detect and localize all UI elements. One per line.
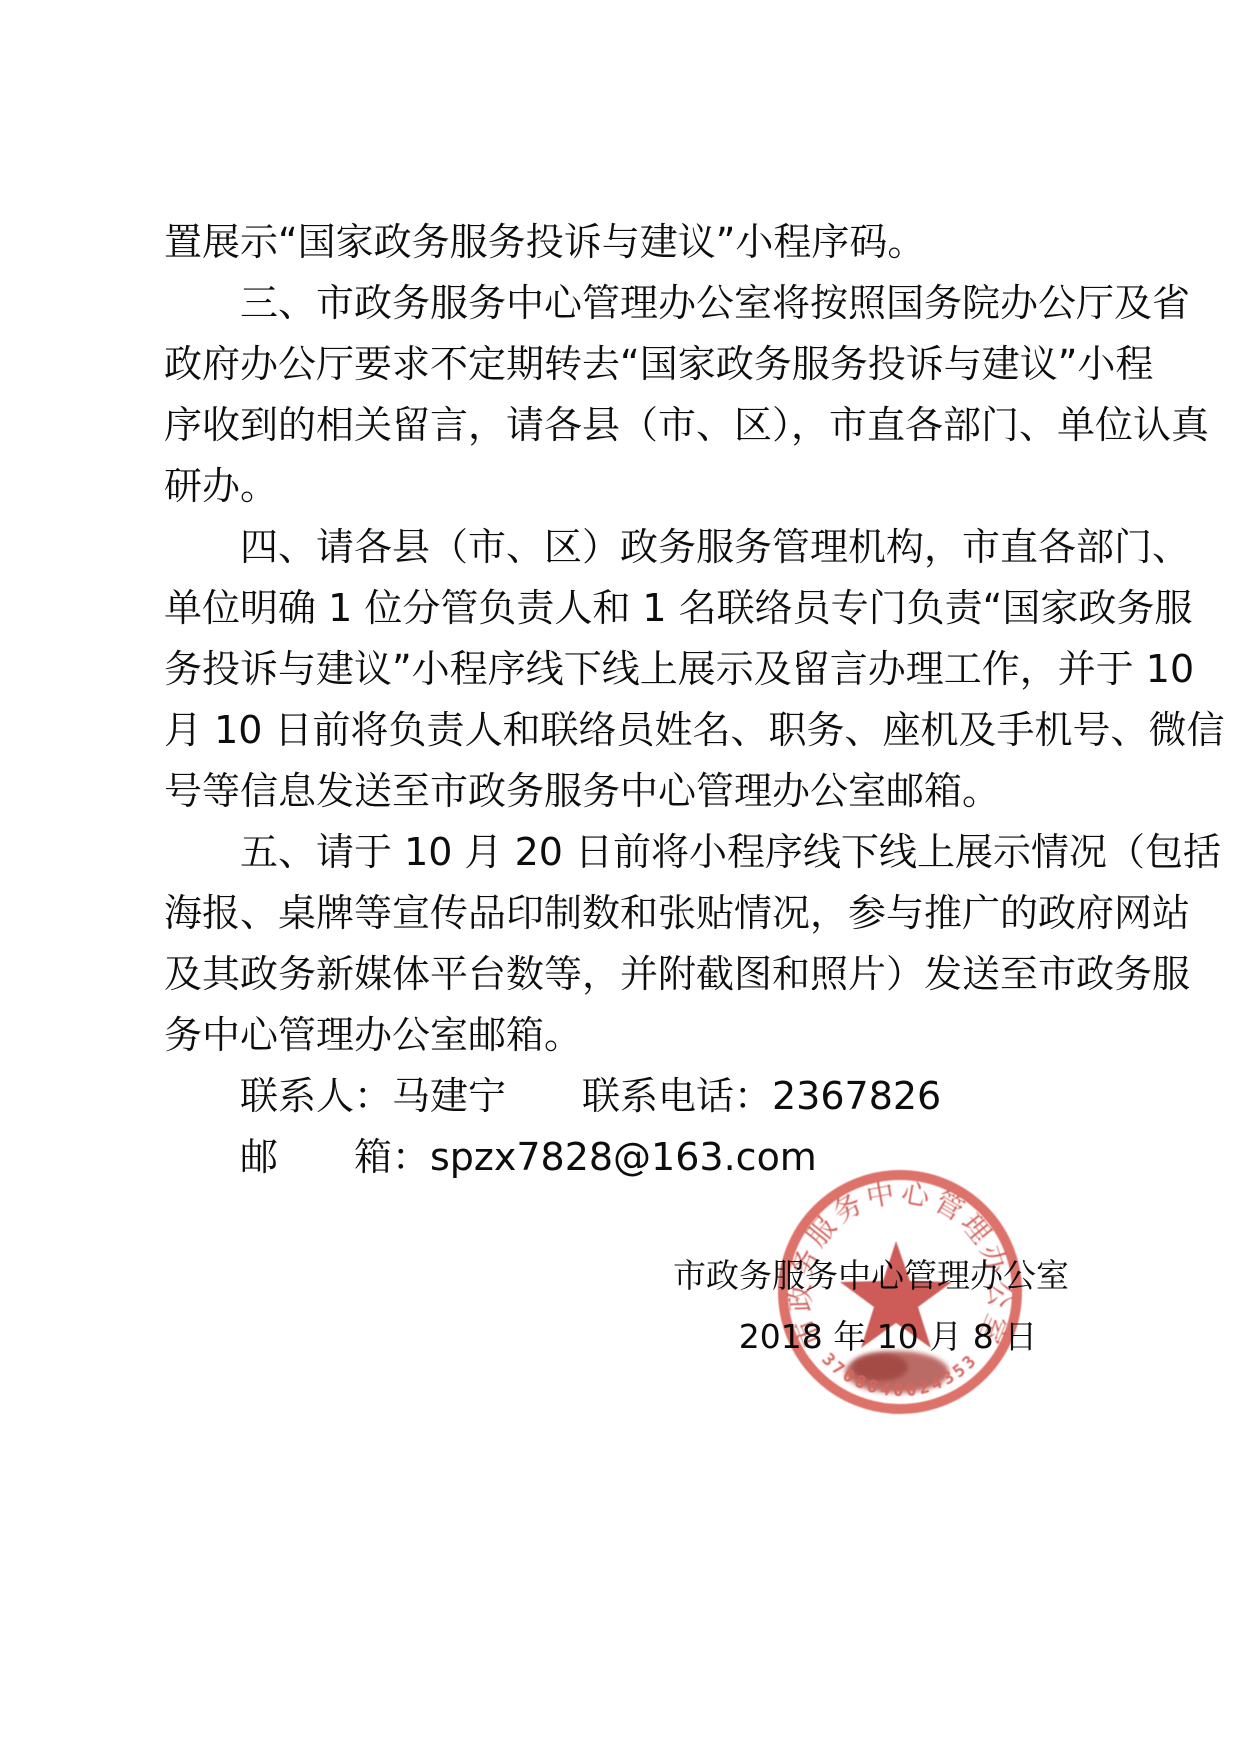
- email-line: 邮 箱：spzx7828@163.com: [164, 1127, 1084, 1188]
- date-line: 2018 年 10 月 8 日: [628, 1314, 1148, 1360]
- document-body: 置展示“国家政务服务投诉与建议”小程序码。 三、市政务服务中心管理办公室将按照国…: [164, 212, 1084, 1188]
- body-line: 政府办公厅要求不定期转去“国家政务服务投诉与建议”小程: [164, 334, 1084, 395]
- body-line: 序收到的相关留言，请各县（市、区），市直各部门、单位认真: [164, 395, 1084, 456]
- body-line: 号等信息发送至市政务服务中心管理办公室邮箱。: [164, 761, 1084, 822]
- body-line: 月 10 日前将负责人和联络员姓名、职务、座机及手机号、微信: [164, 700, 1084, 761]
- body-line: 务投诉与建议”小程序线下线上展示及留言办理工作，并于 10: [164, 639, 1084, 700]
- body-line: 五、请于 10 月 20 日前将小程序线下线上展示情况（包括: [164, 822, 1084, 883]
- body-line: 置展示“国家政务服务投诉与建议”小程序码。: [164, 212, 1084, 273]
- body-line: 务中心管理办公室邮箱。: [164, 1005, 1084, 1066]
- document-page: 置展示“国家政务服务投诉与建议”小程序码。 三、市政务服务中心管理办公室将按照国…: [0, 0, 1240, 1754]
- contact-line: 联系人：马建宁 联系电话：2367826: [164, 1066, 1084, 1127]
- body-line: 研办。: [164, 456, 1084, 517]
- body-line: 单位明确 1 位分管负责人和 1 名联络员专门负责“国家政务服: [164, 578, 1084, 639]
- body-line: 三、市政务服务中心管理办公室将按照国务院办公厅及省: [164, 273, 1084, 334]
- body-line: 及其政务新媒体平台数等，并附截图和照片）发送至市政务服: [164, 944, 1084, 1005]
- signature-line: 市政务服务中心管理办公室: [611, 1253, 1131, 1299]
- body-line: 四、请各县（市、区）政务服务管理机构，市直各部门、: [164, 517, 1084, 578]
- body-line: 海报、桌牌等宣传品印制数和张贴情况，参与推广的政府网站: [164, 883, 1084, 944]
